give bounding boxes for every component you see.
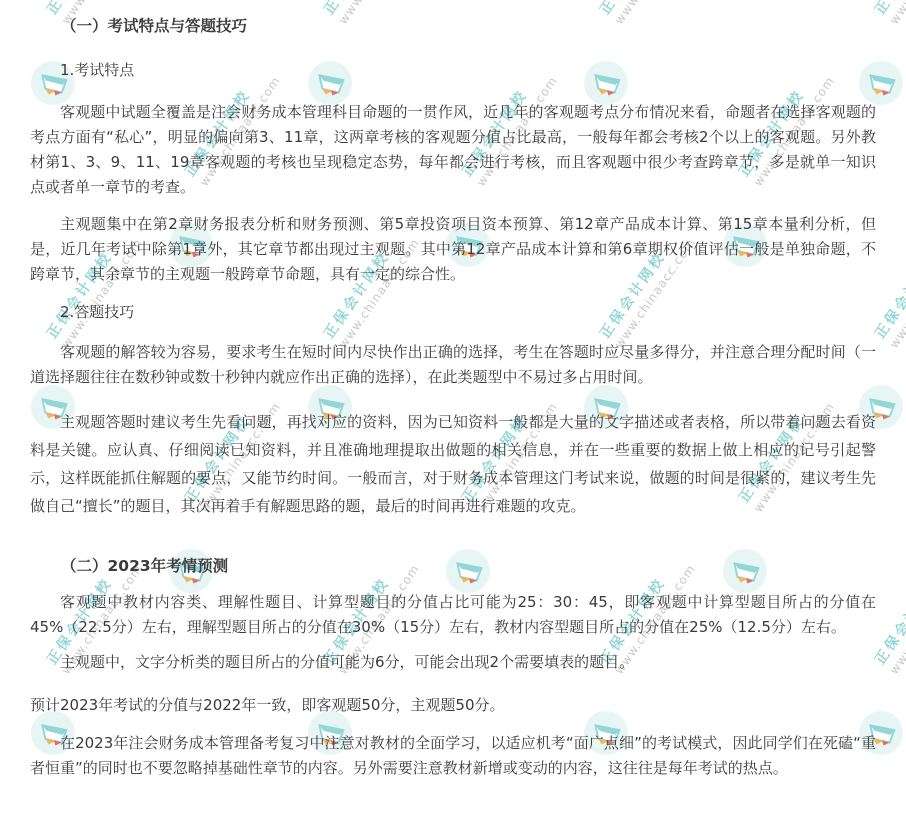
brand-url-watermark-text: www.chinaacc.com bbox=[886, 235, 906, 352]
brand-text-watermark: 正保会计网校www.chinaacc.com bbox=[872, 551, 906, 678]
paragraph-objective-coverage: 客观题中试题全覆盖是注会财务成本管理科目命题的一贯作风，近几年的客观题考点分布情… bbox=[30, 100, 876, 200]
subheading-exam-features: 1.考试特点 bbox=[30, 58, 876, 83]
paragraph-subjective-score: 主观题中，文字分析类的题目所占的分值可能为6分，可能会出现2个需要填表的题目。 bbox=[30, 650, 876, 675]
brand-text-watermark: 正保会计网校www.chinaacc.com bbox=[872, 0, 906, 28]
brand-name-watermark-text: 正保会计网校 bbox=[872, 225, 906, 342]
paragraph-score-forecast: 预计2023年考试的分值与2022年一致，即客观题50分，主观题50分。 bbox=[30, 693, 876, 718]
document-page: 正保会计网校www.chinaacc.com正保会计网校www.chinaacc… bbox=[0, 0, 906, 815]
subheading-answer-skills: 2.答题技巧 bbox=[30, 300, 876, 325]
document-content: （一）考试特点与答题技巧 1.考试特点 客观题中试题全覆盖是注会财务成本管理科目… bbox=[30, 0, 876, 781]
paragraph-study-advice: 在2023年注会财务成本管理备考复习中注意对教材的全面学习，以适应机考“面广点细… bbox=[30, 731, 876, 781]
brand-url-watermark-text: www.chinaacc.com bbox=[886, 561, 906, 678]
paragraph-subjective-chapters: 主观题集中在第2章财务报表分析和财务预测、第5章投资项目资本预算、第12章产品成… bbox=[30, 212, 876, 287]
paragraph-subjective-strategy: 主观题答题时建议考生先看问题，再找对应的资料，因为已知资料一般都是大量的文字描述… bbox=[30, 408, 876, 520]
brand-text-watermark: 正保会计网校www.chinaacc.com bbox=[872, 225, 906, 352]
section-one-heading: （一）考试特点与答题技巧 bbox=[30, 14, 876, 39]
paragraph-score-ratio: 客观题中教材内容类、理解性题目、计算型题目的分值占比可能为25：30：45，即客… bbox=[30, 590, 876, 640]
brand-name-watermark-text: 正保会计网校 bbox=[872, 551, 906, 668]
brand-url-watermark-text: www.chinaacc.com bbox=[886, 0, 906, 28]
brand-name-watermark-text: 正保会计网校 bbox=[872, 0, 906, 18]
section-two-heading: （二）2023年考情预测 bbox=[30, 554, 876, 579]
paragraph-objective-strategy: 客观题的解答较为容易，要求考生在短时间内尽快作出正确的选择，考生在答题时应尽量多… bbox=[30, 340, 876, 390]
